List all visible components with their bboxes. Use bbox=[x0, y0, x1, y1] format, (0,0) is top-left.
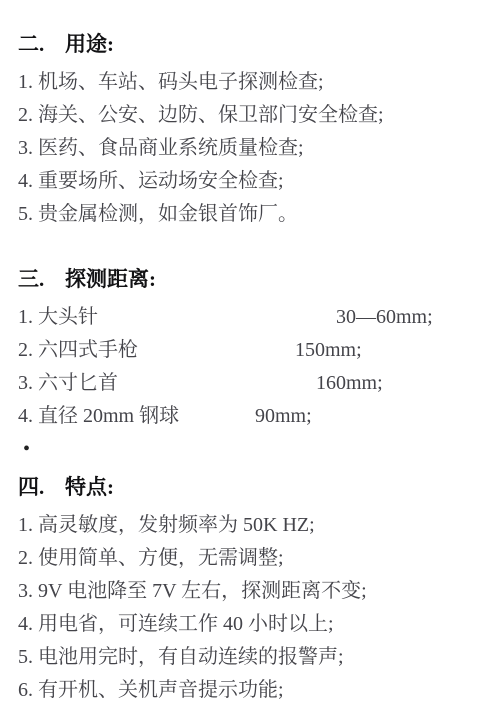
section-title: 特点: bbox=[65, 475, 114, 499]
distance-label: 4. 直径 20mm 钢球 bbox=[18, 405, 179, 427]
section-number: 二. bbox=[18, 30, 65, 58]
list-item: 4. 用电省，可连续工作 40 小时以上; bbox=[18, 608, 489, 641]
section-detection-distance: 三.探测距离: 1. 大头针 30—60mm; 2. 六四式手枪 150mm; … bbox=[18, 265, 489, 466]
section-heading: 四.特点: bbox=[18, 473, 489, 501]
distance-row: 3. 六寸匕首 160mm; bbox=[18, 367, 489, 400]
document-page: 二.用途: 1. 机场、车站、码头电子探测检查; 2. 海关、公安、边防、保卫部… bbox=[0, 0, 499, 717]
list-item: 3. 医药、食品商业系统质量检查; bbox=[18, 132, 489, 165]
bullet-marker: • bbox=[18, 433, 489, 466]
section-heading: 二.用途: bbox=[18, 30, 489, 58]
section-title: 用途: bbox=[65, 32, 114, 56]
list-item: 5. 电池用完时，有自动连续的报警声; bbox=[18, 641, 489, 674]
distance-label: 2. 六四式手枪 bbox=[18, 339, 138, 361]
distance-value: 160mm; bbox=[316, 367, 383, 400]
distance-row: 1. 大头针 30—60mm; bbox=[18, 301, 489, 334]
distance-label: 1. 大头针 bbox=[18, 306, 98, 328]
list-item: 4. 重要场所、运动场安全检查; bbox=[18, 165, 489, 198]
distance-label: 3. 六寸匕首 bbox=[18, 372, 118, 394]
list-item: 2. 海关、公安、边防、保卫部门安全检查; bbox=[18, 99, 489, 132]
list-item: 1. 高灵敏度，发射频率为 50K HZ; bbox=[18, 509, 489, 542]
list-item: 5. 贵金属检测，如金银首饰厂。 bbox=[18, 198, 489, 231]
list-item: 1. 机场、车站、码头电子探测检查; bbox=[18, 66, 489, 99]
distance-value: 150mm; bbox=[295, 334, 362, 367]
list-item: 6. 有开机、关机声音提示功能; bbox=[18, 674, 489, 707]
section-title: 探测距离: bbox=[65, 267, 156, 291]
section-features: 四.特点: 1. 高灵敏度，发射频率为 50K HZ; 2. 使用简单、方便，无… bbox=[18, 473, 489, 707]
distance-row: 4. 直径 20mm 钢球 90mm; bbox=[18, 400, 489, 433]
distance-value: 30—60mm; bbox=[336, 301, 433, 334]
distance-row: 2. 六四式手枪 150mm; bbox=[18, 334, 489, 367]
distance-value: 90mm; bbox=[255, 400, 312, 433]
section-uses: 二.用途: 1. 机场、车站、码头电子探测检查; 2. 海关、公安、边防、保卫部… bbox=[18, 30, 489, 231]
list-item: 3. 9V 电池降至 7V 左右，探测距离不变; bbox=[18, 575, 489, 608]
section-number: 四. bbox=[18, 473, 65, 501]
section-heading: 三.探测距离: bbox=[18, 265, 489, 293]
section-number: 三. bbox=[18, 265, 65, 293]
list-item: 2. 使用简单、方便，无需调整; bbox=[18, 542, 489, 575]
